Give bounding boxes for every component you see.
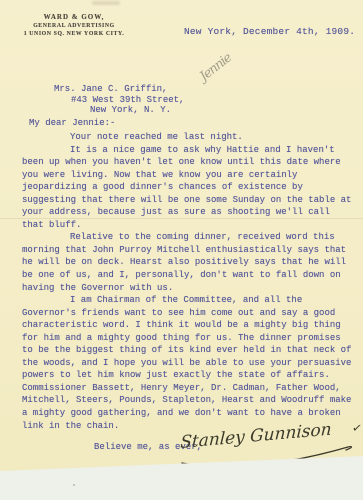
recipient-name: Mrs. Jane C. Griffin,	[54, 84, 184, 95]
checkmark-annotation: ✓	[351, 420, 363, 435]
letterhead-company-name: WARD & GOW,	[14, 13, 134, 21]
body-paragraph-1: Your note reached me last night.	[22, 131, 352, 144]
paper-smudge	[92, 1, 120, 5]
letter-paper: WARD & GOW, GENERAL ADVERTISING 1 UNION …	[0, 0, 363, 500]
recipient-street: #43 West 39th Street,	[54, 95, 184, 106]
body-paragraph-2: It is a nice game to ask why Hattie and …	[22, 144, 352, 232]
letterhead-business-line: GENERAL ADVERTISING	[14, 23, 134, 29]
signature-block: Stanley Gunnison ✓	[176, 419, 360, 477]
letterhead: WARD & GOW, GENERAL ADVERTISING 1 UNION …	[14, 13, 134, 37]
body-paragraph-3: Relative to the coming dinner, received …	[22, 231, 352, 294]
recipient-city: New York, N. Y.	[54, 105, 184, 116]
letter-body: Your note reached me last night. It is a…	[22, 131, 352, 432]
dateline: New York, December 4th, 1909.	[184, 26, 355, 37]
scanned-letter: WARD & GOW, GENERAL ADVERTISING 1 UNION …	[0, 0, 363, 500]
pencil-annotation: Jennie	[197, 51, 234, 85]
body-paragraph-4: I am Chairman of the Committee, and all …	[22, 294, 352, 432]
letterhead-address-line: 1 UNION SQ. NEW YORK CITY.	[14, 31, 134, 37]
salutation: My dear Jennie:-	[29, 118, 115, 128]
background-speck	[73, 484, 75, 486]
recipient-address-block: Mrs. Jane C. Griffin, #43 West 39th Stre…	[54, 84, 184, 116]
